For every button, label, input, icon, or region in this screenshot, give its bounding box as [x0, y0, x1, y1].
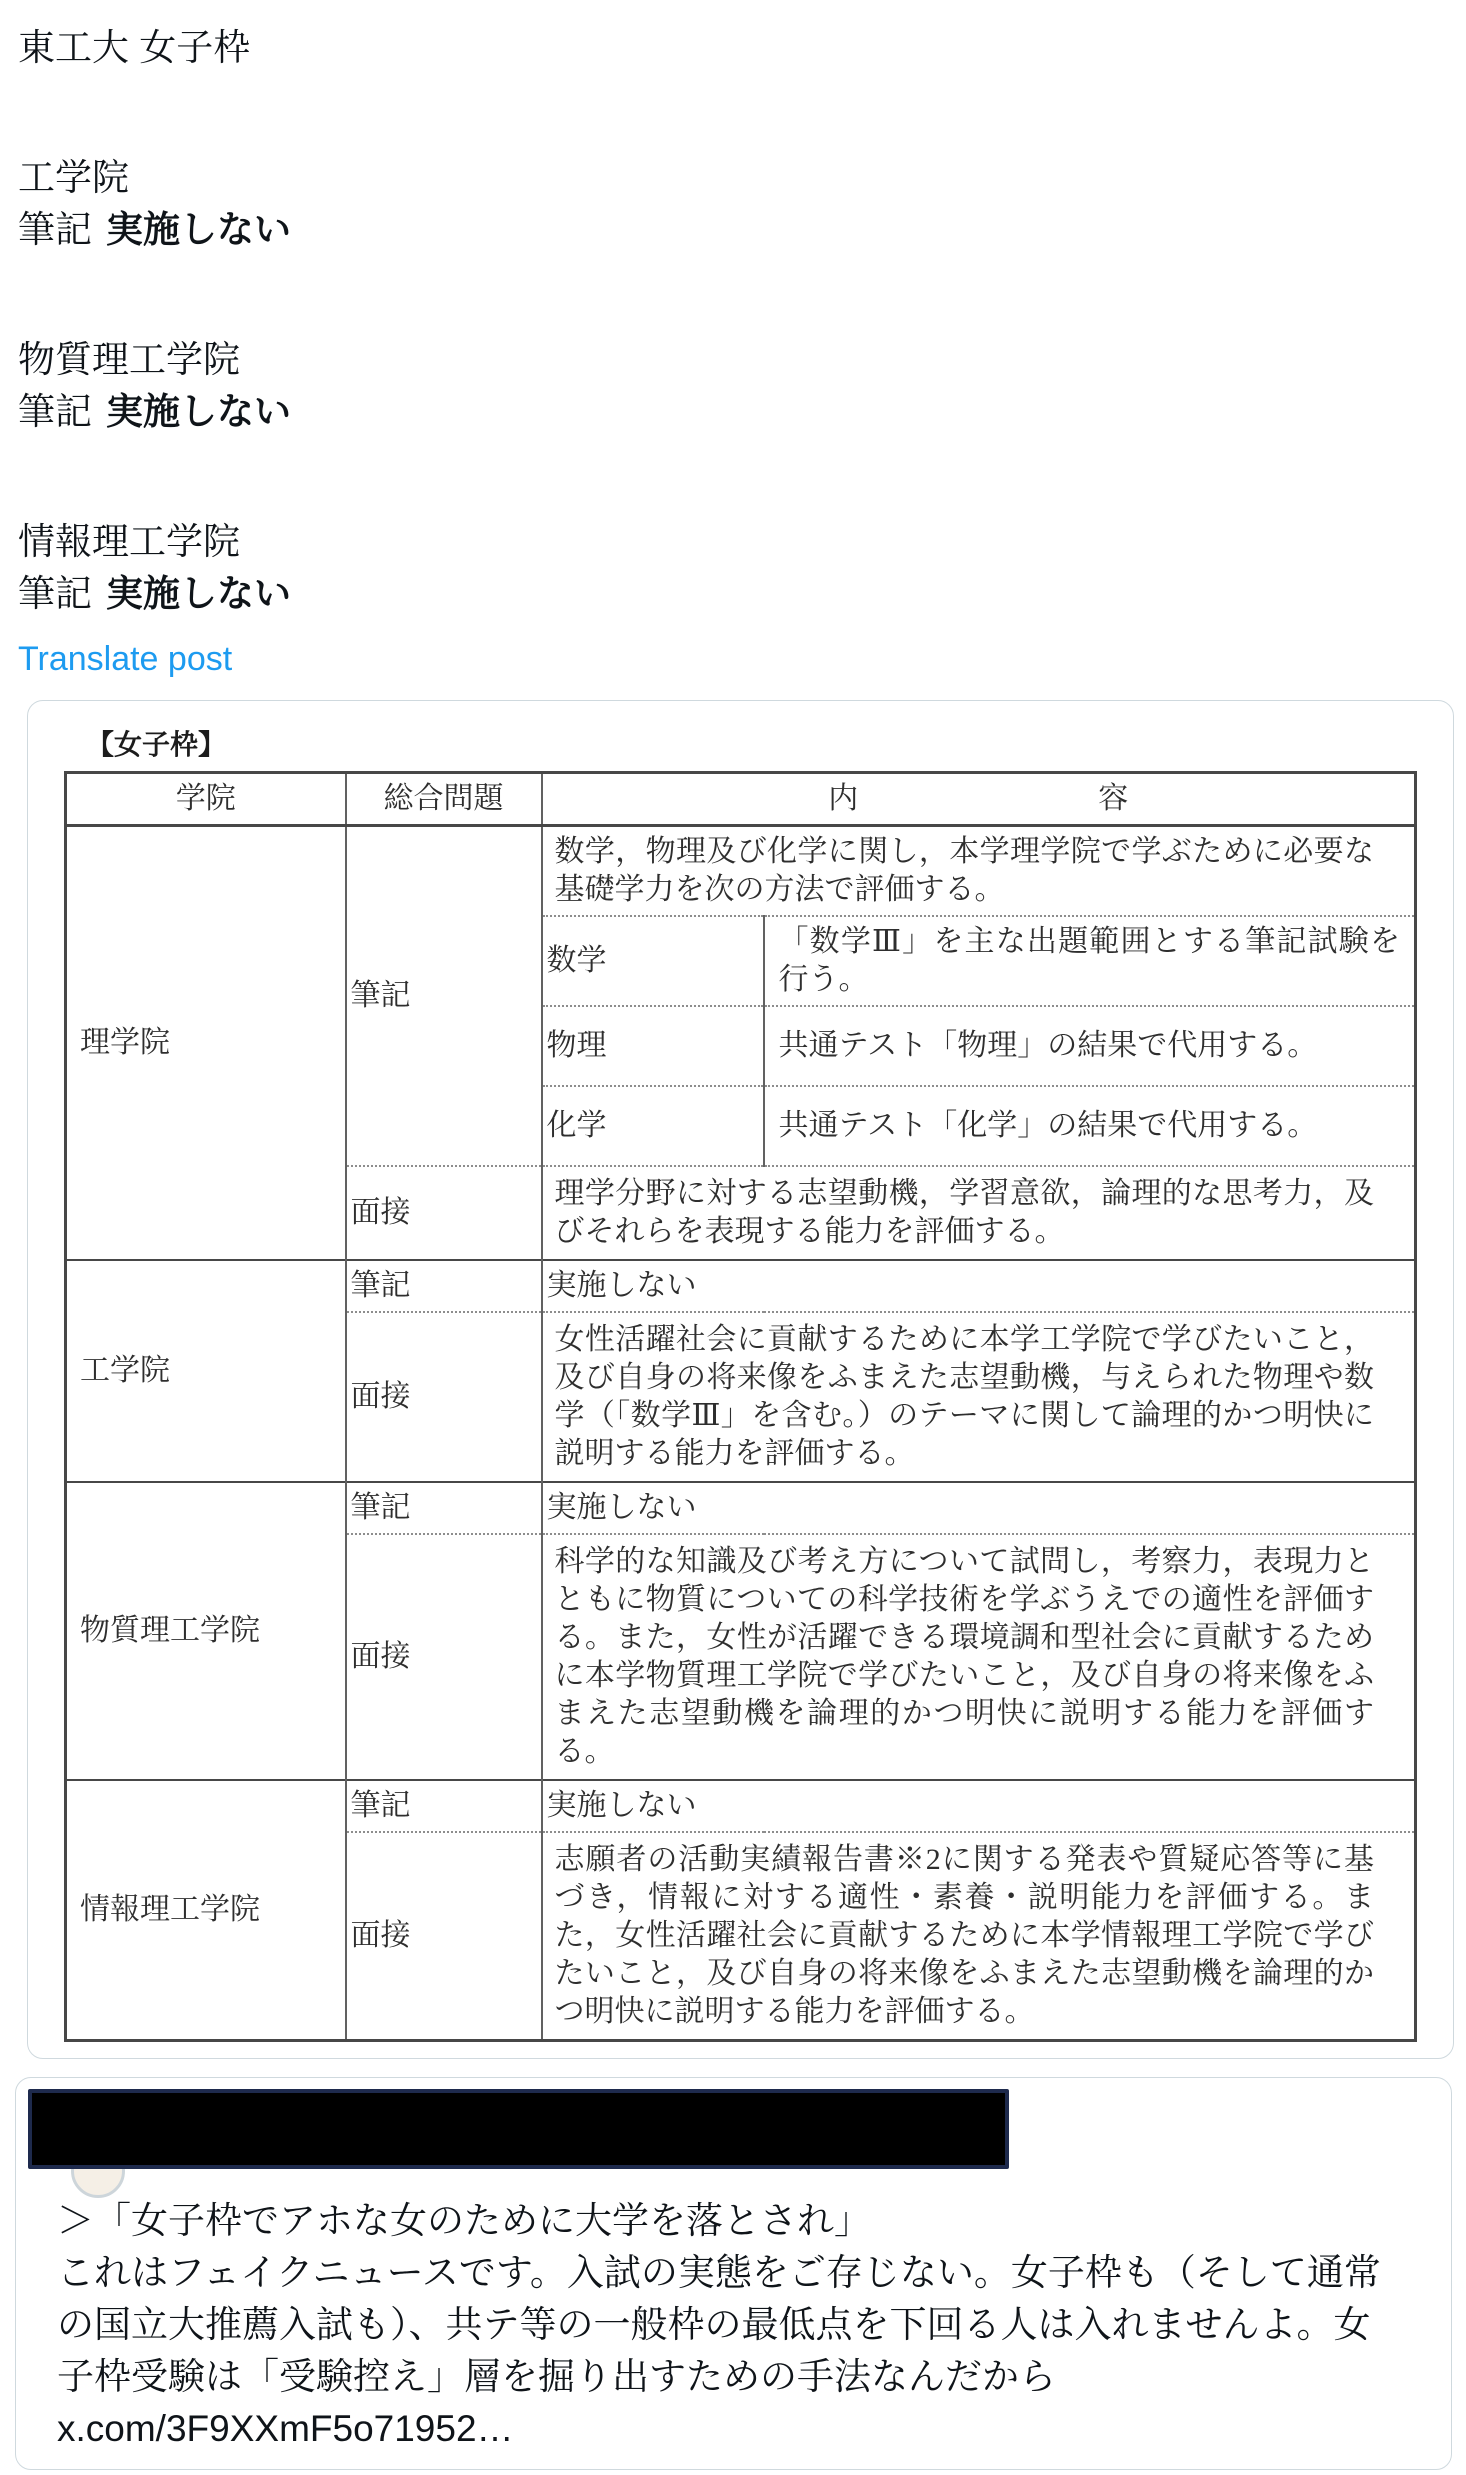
- school-name: 工学院: [18, 152, 1446, 204]
- cell-rigakuin-school: 理学院: [66, 826, 346, 1261]
- cell-joho-mensetsu: 志願者の活動実績報告書※2に関する発表や質疑応答等に基づき，情報に対する適性・素…: [542, 1832, 1416, 2041]
- table-row: 情報理工学院 筆記 実施しない: [66, 1780, 1416, 1832]
- cell-rigakuin-mensetsu-label: 面接: [346, 1166, 542, 1260]
- cell-busshitsu-hikki: 実施しない: [542, 1482, 1416, 1534]
- cell-busshitsu-mensetsu: 科学的な知識及び考え方について試問し，考察力，表現力とともに物質についての科学技…: [542, 1534, 1416, 1780]
- exam-result-line: 筆記実施しない: [18, 204, 1446, 256]
- quote-body-text: これはフェイクニュースです。入試の実態をご存じない。女子枠も（そして通常の国立大…: [57, 2247, 1396, 2403]
- cell-joho-hikki-label: 筆記: [346, 1780, 542, 1832]
- admission-table: 学院 総合問題 内 容 理学院 筆記 数学，物理及び化学に関し，本学理学院で学ぶ…: [64, 771, 1417, 2042]
- quoted-tweet-text: ＞「女子枠でアホな女のために大学を落とされ」 これはフェイクニュースです。入試の…: [57, 2195, 1396, 2455]
- table-row: 工学院 筆記 実施しない: [66, 1260, 1416, 1312]
- cell-subject-chem: 化学: [542, 1086, 764, 1166]
- tweet-title: 東工大 女子枠: [18, 22, 1446, 74]
- exam-result-line: 筆記実施しない: [18, 568, 1446, 620]
- exam-result: 実施しない: [106, 209, 291, 250]
- exam-type: 筆記: [18, 209, 92, 250]
- redacted-user-header: [28, 2089, 1009, 2169]
- cell-busshitsu-school: 物質理工学院: [66, 1482, 346, 1780]
- school-name: 物質理工学院: [18, 334, 1446, 386]
- header-exam: 総合問題: [346, 773, 542, 826]
- exam-type: 筆記: [18, 391, 92, 432]
- cell-busshitsu-mensetsu-label: 面接: [346, 1534, 542, 1780]
- quote-link-text: x.com/3F9XXmF5o71952…: [57, 2403, 1396, 2455]
- tweet-text: 東工大 女子枠 工学院 筆記実施しない 物質理工学院 筆記実施しない 情報理工学…: [0, 0, 1466, 684]
- cell-rigakuin-mensetsu: 理学分野に対する志望動機，学習意欲，論理的な思考力，及びそれらを表現する能力を評…: [542, 1166, 1416, 1260]
- exam-type: 筆記: [18, 573, 92, 614]
- exam-result-line: 筆記実施しない: [18, 386, 1446, 438]
- cell-joho-mensetsu-label: 面接: [346, 1832, 542, 2041]
- cell-subject-physics-desc: 共通テスト「物理」の結果で代用する。: [764, 1006, 1416, 1086]
- header-content: 内 容: [542, 773, 1416, 826]
- cell-joho-school: 情報理工学院: [66, 1780, 346, 2041]
- header-content-left: 内: [828, 780, 858, 818]
- cell-busshitsu-hikki-label: 筆記: [346, 1482, 542, 1534]
- exam-result: 実施しない: [106, 391, 291, 432]
- header-school: 学院: [66, 773, 346, 826]
- cell-subject-physics: 物理: [542, 1006, 764, 1086]
- cell-subject-chem-desc: 共通テスト「化学」の結果で代用する。: [764, 1086, 1416, 1166]
- cell-rigakuin-hikki-label: 筆記: [346, 826, 542, 1167]
- table-header-row: 学院 総合問題 内 容: [66, 773, 1416, 826]
- cell-joho-hikki: 実施しない: [542, 1780, 1416, 1832]
- school-name: 情報理工学院: [18, 516, 1446, 568]
- tweet-section-joho: 情報理工学院 筆記実施しない: [18, 516, 1446, 620]
- exam-result: 実施しない: [106, 573, 291, 614]
- cell-subject-math: 数学: [542, 916, 764, 1006]
- quote-line: ＞「女子枠でアホな女のために大学を落とされ」: [57, 2195, 1396, 2247]
- tweet-section-kogakuin: 工学院 筆記実施しない: [18, 152, 1446, 256]
- cell-rigakuin-intro: 数学，物理及び化学に関し，本学理学院で学ぶために必要な基礎学力を次の方法で評価す…: [542, 826, 1416, 917]
- attached-image-card[interactable]: 【女子枠】 学院 総合問題 内 容 理学院 筆記 数学，物理及び化学に関し，本学…: [27, 700, 1454, 2059]
- cell-kogakuin-hikki: 実施しない: [542, 1260, 1416, 1312]
- table-row: 理学院 筆記 数学，物理及び化学に関し，本学理学院で学ぶために必要な基礎学力を次…: [66, 826, 1416, 917]
- cell-kogakuin-mensetsu-label: 面接: [346, 1312, 542, 1482]
- cell-subject-math-desc: 「数学Ⅲ」を主な出題範囲とする筆記試験を行う。: [764, 916, 1416, 1006]
- cell-kogakuin-school: 工学院: [66, 1260, 346, 1482]
- cell-kogakuin-hikki-label: 筆記: [346, 1260, 542, 1312]
- table-caption: 【女子枠】: [86, 723, 1414, 763]
- tweet-section-busshitsu: 物質理工学院 筆記実施しない: [18, 334, 1446, 438]
- quoted-tweet-card[interactable]: ＞「女子枠でアホな女のために大学を落とされ」 これはフェイクニュースです。入試の…: [15, 2077, 1452, 2470]
- cell-kogakuin-mensetsu: 女性活躍社会に貢献するために本学工学院で学びたいこと，及び自身の将来像をふまえた…: [542, 1312, 1416, 1482]
- table-row: 物質理工学院 筆記 実施しない: [66, 1482, 1416, 1534]
- translate-post-link[interactable]: Translate post: [18, 636, 232, 682]
- header-content-right: 容: [1098, 780, 1128, 818]
